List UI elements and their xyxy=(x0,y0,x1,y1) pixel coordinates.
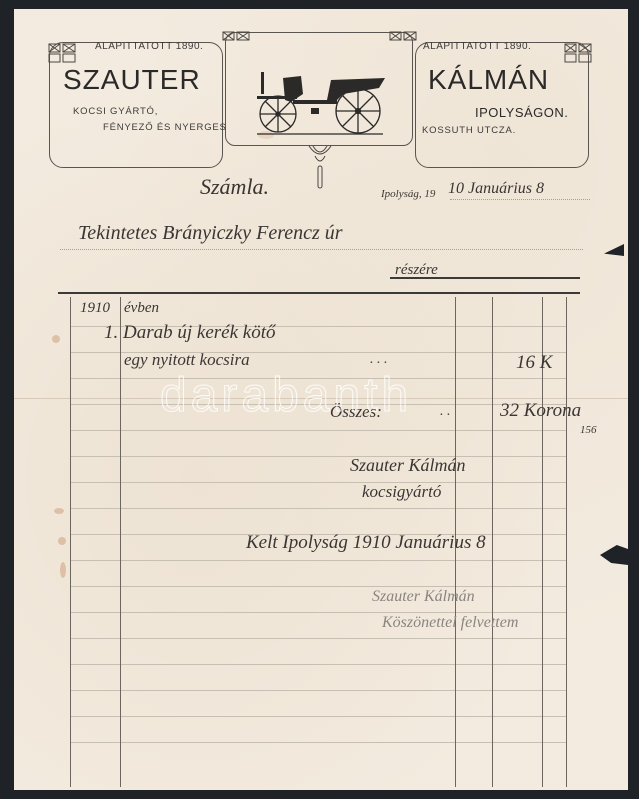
row-amount: 16 K xyxy=(516,352,552,374)
invoice-title: Számla. xyxy=(200,174,269,200)
column-rule xyxy=(120,297,121,787)
flower-ornament-icon xyxy=(221,30,251,52)
table-top-rule xyxy=(58,292,580,294)
column-rule xyxy=(492,297,493,787)
signature-name: Szauter Kálmán xyxy=(350,455,466,476)
signature-title: kocsigyártó xyxy=(362,482,441,502)
place-printed: Ipolyság, 19 xyxy=(381,188,435,200)
row-text: egy nyitott kocsira xyxy=(124,350,250,370)
addressee-line: Tekintetes Brányiczky Ferencz úr xyxy=(78,222,343,245)
stain xyxy=(54,508,64,514)
stain xyxy=(58,537,66,545)
company-name-right: KÁLMÁN xyxy=(428,64,549,96)
stain xyxy=(52,335,60,343)
row-year: 1910 xyxy=(80,300,110,317)
left-trade-line2: FÉNYEZŐ ÉS NYERGES xyxy=(103,122,227,133)
right-city: IPOLYSÁGON. xyxy=(475,105,568,120)
date-handwritten: 10 Januárius 8 xyxy=(448,180,544,198)
row-text: évben xyxy=(124,300,159,317)
margin-note: 156 xyxy=(580,424,597,436)
date-dotted-line xyxy=(450,199,590,200)
total-amount: 32 Korona xyxy=(500,400,581,422)
watermark: darabanth xyxy=(160,368,412,423)
column-rule xyxy=(566,297,567,787)
left-trade-line1: KOCSI GYÁRTÓ, xyxy=(73,106,158,117)
flower-ornament-icon xyxy=(563,42,593,64)
pendant-ornament-icon xyxy=(307,144,333,190)
right-founded-text: ALAPITTATOTT 1890. xyxy=(423,41,531,52)
flower-ornament-icon xyxy=(388,30,418,52)
carriage-illustration-icon xyxy=(253,66,387,136)
column-rule xyxy=(70,297,71,787)
dated-line: Kelt Ipolyság 1910 Januárius 8 xyxy=(246,532,486,554)
stain xyxy=(60,562,66,578)
left-founded-text: ALAPITTATOTT 1890. xyxy=(95,41,203,52)
ack-name: Szauter Kálmán xyxy=(372,588,475,606)
flower-ornament-icon xyxy=(47,42,77,64)
row-text: 1. Darab új kerék kötő xyxy=(104,322,275,344)
right-street: KOSSUTH UTCZA. xyxy=(422,125,516,136)
ack-text: Köszönettel felvettem xyxy=(382,614,518,632)
addressee-dotted-line xyxy=(60,249,583,250)
row-dots: . . xyxy=(440,404,451,420)
letterhead: ALAPITTATOTT 1890. SZAUTER KOCSI GYÁRTÓ,… xyxy=(45,26,595,191)
suffix-underline xyxy=(390,277,580,279)
company-name-left: SZAUTER xyxy=(63,64,201,96)
row-dots: . . . xyxy=(370,352,388,368)
